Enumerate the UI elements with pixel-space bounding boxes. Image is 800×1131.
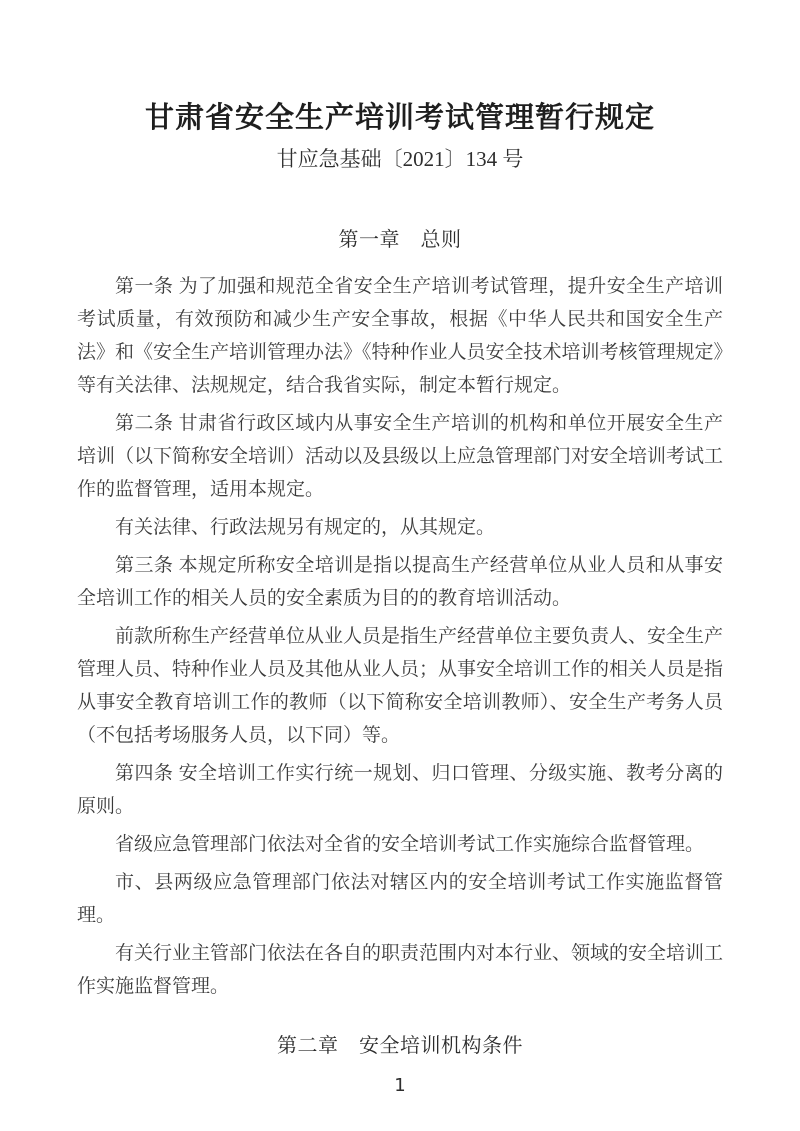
document-body: 第一条 为了加强和规范全省安全生产培训考试管理，提升安全生产培训考试质量，有效预… [77,270,723,1003]
paragraph-article-1: 第一条 为了加强和规范全省安全生产培训考试管理，提升安全生产培训考试质量，有效预… [77,270,723,402]
paragraph-article-2-supplement: 有关法律、行政法规另有规定的，从其规定。 [77,511,723,544]
paragraph-article-4-city-county: 市、县两级应急管理部门依法对辖区内的安全培训考试工作实施监督管理。 [77,866,723,932]
document-title: 甘肃省安全生产培训考试管理暂行规定 [77,0,723,139]
paragraph-article-4: 第四条 安全培训工作实行统一规划、归口管理、分级实施、教考分离的原则。 [77,757,723,823]
paragraph-article-3: 第三条 本规定所称安全培训是指以提高生产经营单位从业人员和从事安全培训工作的相关… [77,549,723,615]
paragraph-article-2: 第二条 甘肃省行政区域内从事安全生产培训的机构和单位开展安全生产培训（以下简称安… [77,407,723,506]
paragraph-article-4-industry: 有关行业主管部门依法在各自的职责范围内对本行业、领域的安全培训工作实施监督管理。 [77,937,723,1003]
document-page: 甘肃省安全生产培训考试管理暂行规定 甘应急基础〔2021〕134 号 第一章 总… [0,0,800,1131]
chapter-2-heading: 第二章 安全培训机构条件 [77,1033,723,1059]
document-number: 甘应急基础〔2021〕134 号 [77,144,723,175]
paragraph-article-4-provincial: 省级应急管理部门依法对全省的安全培训考试工作实施综合监督管理。 [77,828,723,861]
paragraph-article-3-supplement: 前款所称生产经营单位从业人员是指生产经营单位主要负责人、安全生产管理人员、特种作… [77,620,723,752]
chapter-1-heading: 第一章 总则 [77,227,723,253]
page-number: 1 [77,1073,723,1098]
